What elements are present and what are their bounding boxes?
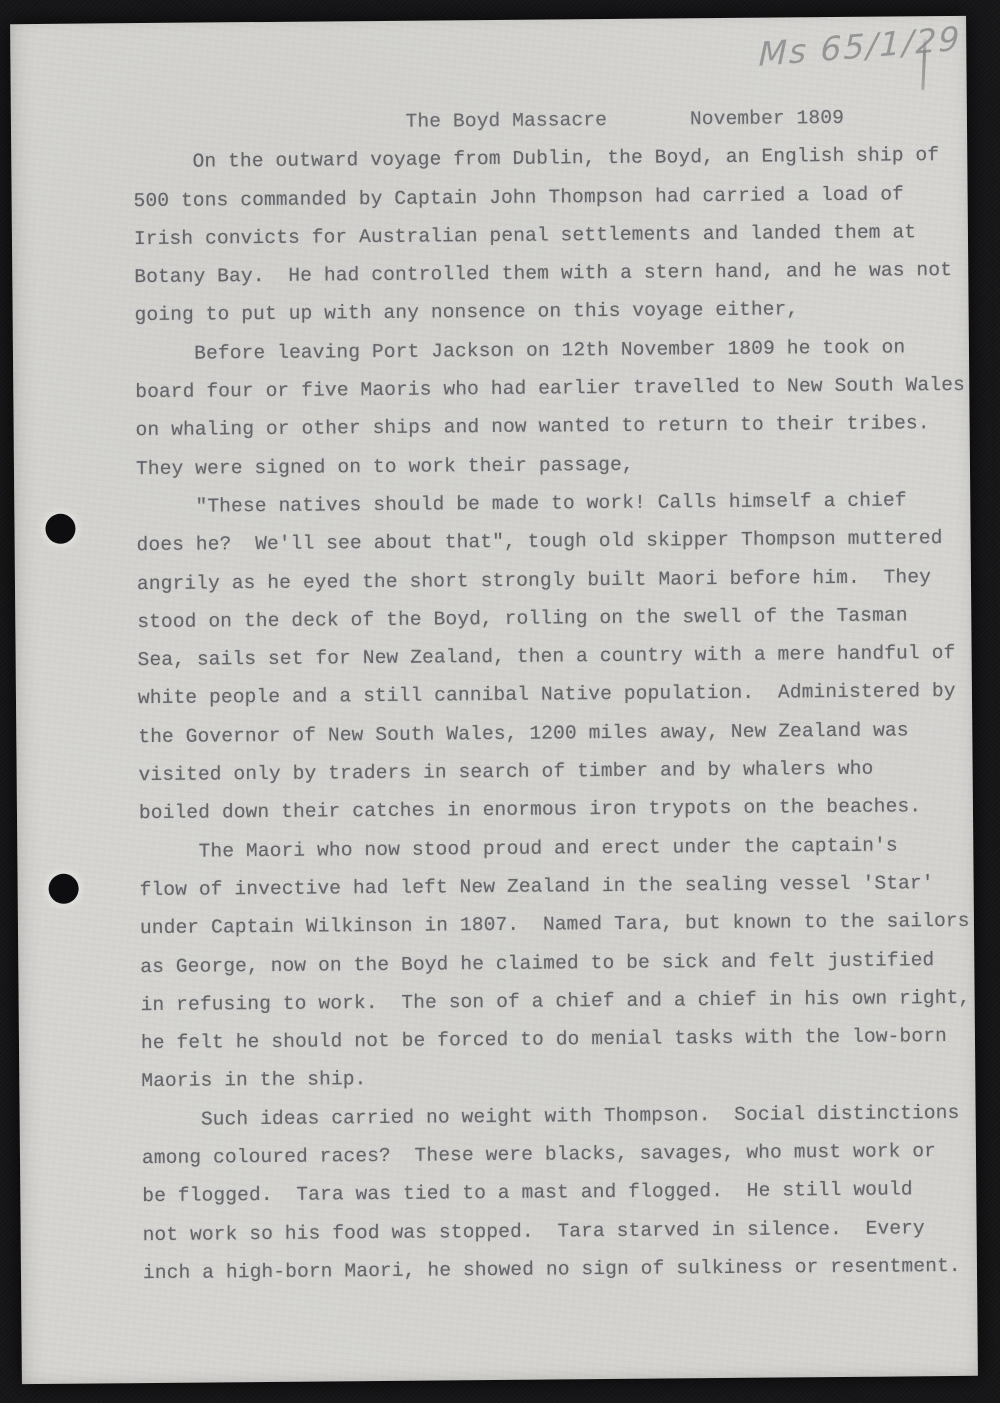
text-line: on whaling or other ships and now wanted… xyxy=(135,404,965,450)
punch-hole-bottom xyxy=(49,874,79,904)
text-line: boiled down their catches in enormous ir… xyxy=(139,787,969,833)
text-line: Botany Bay. He had controlled them with … xyxy=(134,251,964,297)
text-line: he felt he should not be forced to do me… xyxy=(141,1017,971,1063)
document-page: Ms 65/1/29 The Boyd Massacre November 18… xyxy=(10,16,978,1384)
text-line: On the outward voyage from Dublin, the B… xyxy=(133,136,963,182)
punch-hole-top xyxy=(45,514,75,544)
text-line: be flogged. Tara was tied to a mast and … xyxy=(142,1170,972,1216)
archive-reference-annotation: Ms 65/1/29 xyxy=(758,19,962,74)
text-line: does he? We'll see about that", tough ol… xyxy=(136,519,966,565)
scan-background-mat: Ms 65/1/29 The Boyd Massacre November 18… xyxy=(0,0,1000,1403)
text-line: inch a high-born Maori, he showed no sig… xyxy=(143,1247,973,1293)
text-line: under Captain Wilkinson in 1807. Named T… xyxy=(140,902,970,948)
typewritten-text: The Boyd Massacre November 1809 On the o… xyxy=(133,98,973,1292)
